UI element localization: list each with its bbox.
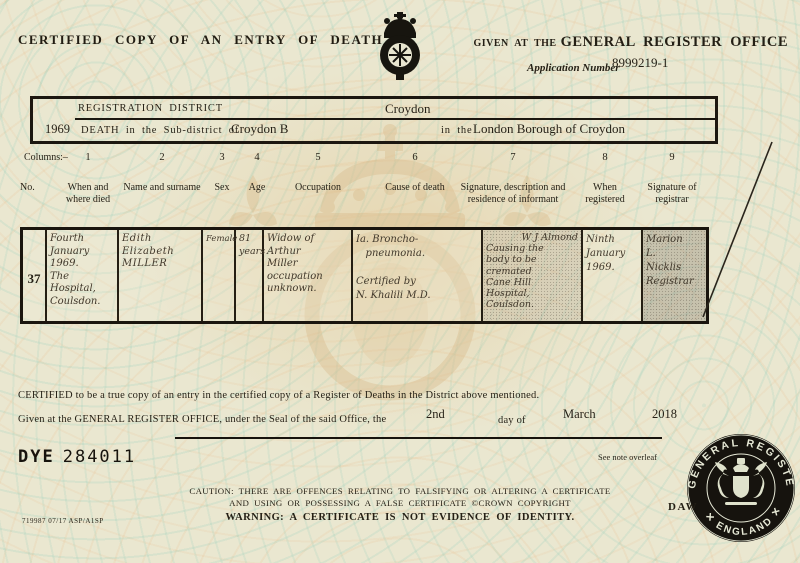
column-number-4: 4 bbox=[254, 152, 259, 163]
entry-informant-signature: W J Almond bbox=[486, 233, 578, 243]
column-header-when-where-died: When and where died bbox=[66, 182, 110, 205]
column-number-9: 9 bbox=[669, 152, 674, 163]
certified-statement: CERTIFIED to be a true copy of an entry … bbox=[18, 390, 539, 401]
column-number-1: 1 bbox=[85, 152, 90, 163]
caution-line-2: AND USING OR POSSESSING A FALSE CERTIFIC… bbox=[120, 498, 680, 510]
registration-box-divider bbox=[75, 118, 715, 120]
cell-sex: Female bbox=[203, 230, 236, 321]
column-header-no: No. bbox=[20, 182, 35, 193]
seal-month-value: March bbox=[563, 407, 596, 422]
certificate-serial: DYE284011 bbox=[18, 447, 136, 467]
application-number-label: Application Number bbox=[527, 62, 620, 74]
entry-closure-diagonal-line bbox=[690, 135, 785, 325]
registration-year: 1969 bbox=[45, 122, 70, 137]
entry-name: Edith Elizabeth MILLER bbox=[122, 233, 198, 271]
borough-value: London Borough of Croydon bbox=[473, 121, 625, 137]
application-number-value: 8999219-1 bbox=[612, 55, 668, 71]
caution-line-1: CAUTION: THERE ARE OFFENCES RELATING TO … bbox=[120, 486, 680, 498]
cell-entry-no: 37 bbox=[23, 230, 47, 321]
columns-label: Columns:– bbox=[24, 152, 68, 163]
column-header-informant: Signature, description and residence of … bbox=[461, 182, 566, 205]
entry-cause-of-death: Ia. Broncho- pneumonia. Certified by N. … bbox=[356, 233, 478, 303]
given-statement: Given at the GENERAL REGISTER OFFICE, un… bbox=[18, 414, 386, 425]
column-number-3: 3 bbox=[219, 152, 224, 163]
seal-year-value: 2018 bbox=[652, 407, 677, 422]
cell-when-where-died: Fourth January 1969. The Hospital, Couls… bbox=[47, 230, 119, 321]
cell-occupation: Widow of Arthur Miller occupation unknow… bbox=[264, 230, 353, 321]
registration-district-label: REGISTRATION DISTRICT bbox=[78, 103, 223, 114]
subdistrict-label: DEATH in the Sub-district of bbox=[81, 125, 239, 136]
entry-informant-text: Causing the body to be cremated Cane Hil… bbox=[486, 243, 578, 311]
serial-number: 284011 bbox=[63, 447, 136, 467]
column-number-5: 5 bbox=[315, 152, 320, 163]
cell-informant: W J Almond Causing the body to be cremat… bbox=[483, 230, 583, 321]
entry-when-registered: Ninth January 1969. bbox=[586, 233, 638, 275]
given-at-office: GENERAL REGISTER OFFICE bbox=[561, 34, 788, 50]
entry-when-where-died: Fourth January 1969. The Hospital, Couls… bbox=[50, 233, 114, 308]
cell-cause-of-death: Ia. Broncho- pneumonia. Certified by N. … bbox=[353, 230, 483, 321]
column-header-when-registered: When registered bbox=[585, 182, 624, 205]
warning-line: WARNING: A CERTIFICATE IS NOT EVIDENCE O… bbox=[120, 512, 680, 523]
certificate-title: CERTIFIED COPY OF AN ENTRY OF DEATH bbox=[18, 32, 383, 48]
column-number-8: 8 bbox=[602, 152, 607, 163]
serial-prefix: DYE bbox=[18, 447, 55, 467]
column-number-2: 2 bbox=[159, 152, 164, 163]
footer-rule bbox=[175, 437, 662, 439]
seal-day-value: 2nd bbox=[426, 407, 445, 422]
column-header-occupation: Occupation bbox=[295, 182, 341, 194]
entry-sex: Female bbox=[206, 233, 231, 246]
entry-number: 37 bbox=[26, 233, 42, 287]
day-of-label: day of bbox=[498, 415, 526, 426]
entry-occupation: Widow of Arthur Miller occupation unknow… bbox=[267, 233, 348, 296]
register-entry-row: 37 Fourth January 1969. The Hospital, Co… bbox=[20, 227, 709, 324]
registration-district-value: Croydon bbox=[385, 101, 431, 117]
column-number-7: 7 bbox=[510, 152, 515, 163]
registration-district-box: REGISTRATION DISTRICT Croydon 1969 DEATH… bbox=[30, 96, 718, 144]
see-note-overleaf: See note overleaf bbox=[598, 452, 657, 462]
given-at-line: GIVEN AT THE GENERAL REGISTER OFFICE bbox=[473, 33, 788, 51]
given-at-prefix: GIVEN AT THE bbox=[473, 38, 556, 49]
in-the-label: in the bbox=[441, 125, 472, 136]
form-code: 719987 07/17 ASP/A1SP bbox=[22, 517, 104, 525]
column-number-6: 6 bbox=[412, 152, 417, 163]
cell-when-registered: Ninth January 1969. bbox=[583, 230, 643, 321]
column-header-name: Name and surname bbox=[123, 182, 200, 194]
subdistrict-value: Croydon B bbox=[231, 121, 288, 137]
death-certificate-page: CERTIFIED COPY OF AN ENTRY OF DEATH GIVE… bbox=[0, 0, 800, 563]
royal-cypher-badge-icon bbox=[377, 12, 423, 84]
general-register-office-seal: GENERAL REGISTER OFFICE ✕ ENGLAND ✕ bbox=[683, 430, 799, 546]
column-header-sex: Sex bbox=[215, 182, 230, 194]
cell-name: Edith Elizabeth MILLER bbox=[119, 230, 203, 321]
cell-age: 81 years bbox=[236, 230, 264, 321]
column-header-cause: Cause of death bbox=[385, 182, 444, 194]
column-header-age: Age bbox=[249, 182, 266, 194]
entry-age: 81 years bbox=[239, 233, 259, 258]
